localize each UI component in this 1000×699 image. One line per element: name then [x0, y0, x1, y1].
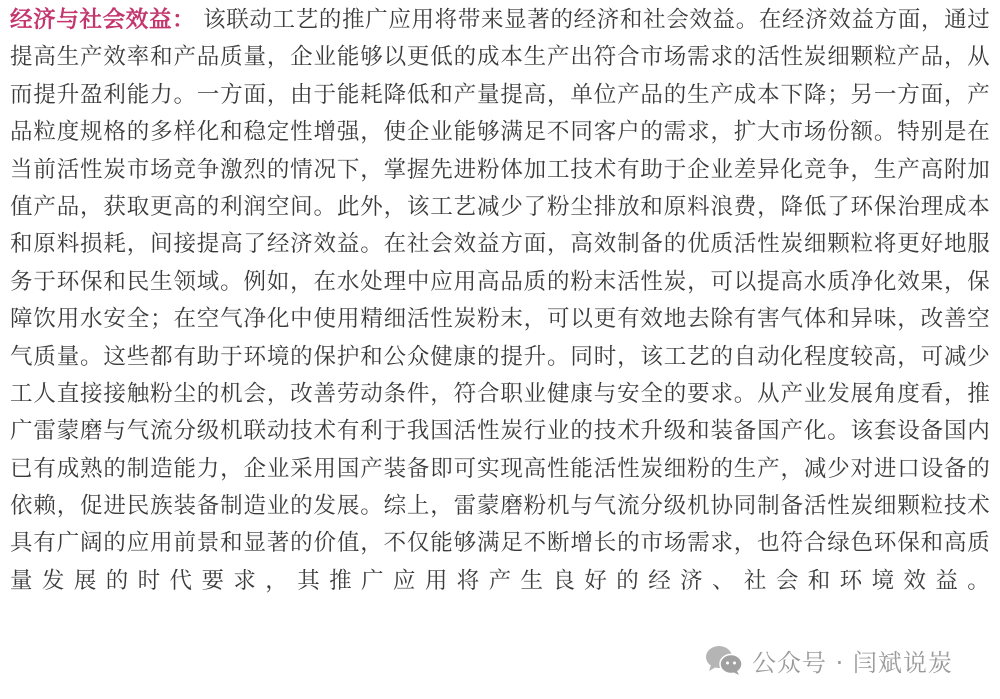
text-line: 值产品，获取更高的利润空间。此外，该工艺减少了粉尘排放和原料浪费，降低了环保治理… [10, 189, 990, 226]
text-line: 品粒度规格的多样化和稳定性增强，使企业能够满足不同客户的需求，扩大市场份额。特别… [10, 114, 990, 151]
text-line: 当前活性炭市场竞争激烈的情况下，掌握先进粉体加工技术有助于企业差异化竞争，生产高… [10, 152, 990, 189]
text-line-content: 该联动工艺的推广应用将带来显著的经济和社会效益。在经济效益方面，通过 [195, 7, 990, 33]
watermark: 公众号 · 闫斌说炭 [704, 640, 953, 680]
wechat-icon [704, 644, 744, 676]
section-heading: 经济与社会效益： [10, 7, 195, 33]
text-line: 提高生产效率和产品质量，企业能够以更低的成本生产出符合市场需求的活性炭细颗粒产品… [10, 39, 990, 76]
text-line: 具有广阔的应用前景和显著的价值，不仅能够满足不断增长的市场需求，也符合绿色环保和… [10, 525, 990, 562]
text-line: 气质量。这些都有助于环境的保护和公众健康的提升。同时，该工艺的自动化程度较高，可… [10, 339, 990, 376]
text-line: 广雷蒙磨与气流分级机联动技术有利于我国活性炭行业的技术升级和装备国产化。该套设备… [10, 413, 990, 450]
watermark-text: 公众号 · 闫斌说炭 [752, 643, 953, 678]
text-line [10, 600, 990, 637]
text-line: 而提升盈利能力。一方面，由于能耗降低和产量提高，单位产品的生产成本下降；另一方面… [10, 77, 990, 114]
text-line: 和原料损耗，间接提高了经济效益。在社会效益方面，高效制备的优质活性炭细颗粒将更好… [10, 226, 990, 263]
text-line: 量发展的时代要求，其推广应用将产生良好的经济、社会和环境效益。 [10, 563, 990, 600]
text-line: 经济与社会效益： 该联动工艺的推广应用将带来显著的经济和社会效益。在经济效益方面… [10, 2, 990, 39]
text-line: 务于环保和民生领域。例如，在水处理中应用高品质的粉末活性炭，可以提高水质净化效果… [10, 264, 990, 301]
text-line: 障饮用水安全；在空气净化中使用精细活性炭粉末，可以更有效地去除有害气体和异味，改… [10, 301, 990, 338]
text-line: 依赖，促进民族装备制造业的发展。综上，雷蒙磨粉机与气流分级机协同制备活性炭细颗粒… [10, 488, 990, 525]
article-paragraph: 经济与社会效益： 该联动工艺的推广应用将带来显著的经济和社会效益。在经济效益方面… [10, 2, 990, 638]
text-line: 已有成熟的制造能力，企业采用国产装备即可实现高性能活性炭细粉的生产，减少对进口设… [10, 451, 990, 488]
text-line: 工人直接接触粉尘的机会，改善劳动条件，符合职业健康与安全的要求。从产业发展角度看… [10, 376, 990, 413]
